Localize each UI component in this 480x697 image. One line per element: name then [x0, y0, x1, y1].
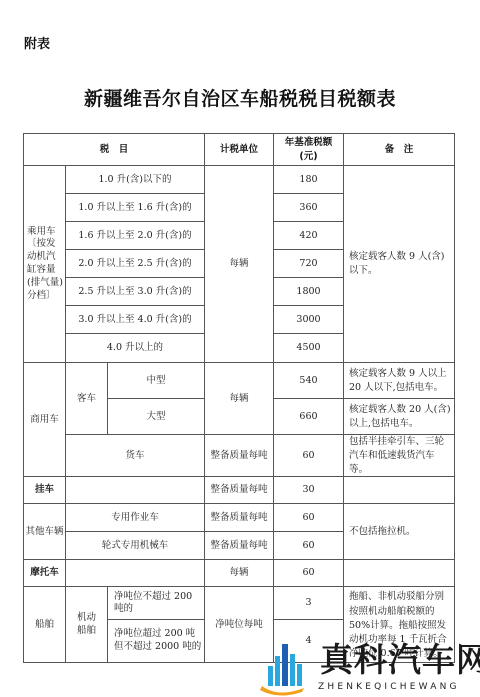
- amount-cell: 60: [274, 532, 344, 560]
- amount-cell: 60: [274, 560, 344, 587]
- tax-rate-table: 税 目 计税单位 年基准税额(元) 备 注 乘用车〔按发动机汽缸容量(排气量)分…: [23, 133, 455, 663]
- note-cell: [344, 477, 455, 504]
- subcategory-motor-ships: 机动船舶: [66, 587, 108, 662]
- amount-cell: 30: [274, 477, 344, 504]
- unit-cell: 每辆: [205, 560, 274, 587]
- category-motorcycle: 摩托车: [24, 560, 66, 587]
- subcategory-bus: 客车: [66, 363, 108, 435]
- note-cell: 核定载客人数 20 人(含)以上,包括电车。: [344, 399, 455, 435]
- page-title: 新疆维吾尔自治区车船税税目税额表: [0, 84, 480, 111]
- category-other: 其他车辆: [24, 504, 66, 560]
- note-cell: [344, 560, 455, 587]
- watermark-name: 真科汽车网: [320, 634, 480, 681]
- table-row: 商用车 客车 中型 每辆 540 核定载客人数 9 人以上 20 人以下,包括电…: [24, 363, 455, 399]
- header-item: 税 目: [24, 134, 205, 166]
- item-cell: 净吨位不超过 200 吨的: [108, 587, 205, 620]
- item-cell: 4.0 升以上的: [66, 334, 205, 363]
- amount-cell: 3: [274, 587, 344, 620]
- amount-cell: 1800: [274, 278, 344, 306]
- table-row: 乘用车〔按发动机汽缸容量(排气量)分档〕 1.0 升(含)以下的 每辆 180 …: [24, 166, 455, 194]
- item-cell: 1.0 升以上至 1.6 升(含)的: [66, 194, 205, 222]
- unit-cell: 每辆: [205, 166, 274, 363]
- header-unit: 计税单位: [205, 134, 274, 166]
- unit-cell: 整备质量每吨: [205, 504, 274, 532]
- table-row: 船舶 机动船舶 净吨位不超过 200 吨的 净吨位每吨 3 拖船、非机动驳船分别…: [24, 587, 455, 620]
- note-cell: 包括半挂牵引车、三轮汽车和低速载货汽车等。: [344, 435, 455, 477]
- item-cell: [66, 560, 205, 587]
- note-cell: 核定载客人数 9 人以上 20 人以下,包括电车。: [344, 363, 455, 399]
- header-amount: 年基准税额(元): [274, 134, 344, 166]
- item-cell: 净吨位超过 200 吨但不超过 2000 吨的: [108, 620, 205, 662]
- amount-cell: 360: [274, 194, 344, 222]
- category-passenger: 乘用车〔按发动机汽缸容量(排气量)分档〕: [24, 166, 66, 363]
- note-cell: 核定载客人数 9 人(含)以下。: [344, 166, 455, 363]
- watermark-logo-icon: [258, 640, 318, 697]
- watermark-pinyin: ZHENKEQICHEWANG: [318, 682, 460, 692]
- table-row: 摩托车 每辆 60: [24, 560, 455, 587]
- amount-cell: 420: [274, 222, 344, 250]
- item-cell: 轮式专用机械车: [66, 532, 205, 560]
- item-cell: 1.6 升以上至 2.0 升(含)的: [66, 222, 205, 250]
- amount-cell: 3000: [274, 306, 344, 334]
- category-commercial: 商用车: [24, 363, 66, 477]
- table-row: 其他车辆 专用作业车 整备质量每吨 60 不包括拖拉机。: [24, 504, 455, 532]
- amount-cell: 60: [274, 504, 344, 532]
- item-cell: 1.0 升(含)以下的: [66, 166, 205, 194]
- note-cell: 不包括拖拉机。: [344, 504, 455, 560]
- table-row: 挂车 整备质量每吨 30: [24, 477, 455, 504]
- header-note: 备 注: [344, 134, 455, 166]
- item-cell: 专用作业车: [66, 504, 205, 532]
- appendix-label: 附表: [24, 33, 50, 52]
- item-cell: 2.5 升以上至 3.0 升(含)的: [66, 278, 205, 306]
- unit-cell: 整备质量每吨: [205, 477, 274, 504]
- item-cell: 3.0 升以上至 4.0 升(含)的: [66, 306, 205, 334]
- unit-cell: 整备质量每吨: [205, 532, 274, 560]
- category-trailer: 挂车: [24, 477, 66, 504]
- item-cell: 2.0 升以上至 2.5 升(含)的: [66, 250, 205, 278]
- item-cell: 大型: [108, 399, 205, 435]
- amount-cell: 720: [274, 250, 344, 278]
- amount-cell: 60: [274, 435, 344, 477]
- amount-cell: 540: [274, 363, 344, 399]
- item-cell: [66, 477, 205, 504]
- site-watermark: 真科汽车网 ZHENKEQICHEWANG: [258, 640, 480, 697]
- unit-cell: 每辆: [205, 363, 274, 435]
- table-row: 货车 整备质量每吨 60 包括半挂牵引车、三轮汽车和低速载货汽车等。: [24, 435, 455, 477]
- table-header-row: 税 目 计税单位 年基准税额(元) 备 注: [24, 134, 455, 166]
- amount-cell: 660: [274, 399, 344, 435]
- amount-cell: 4500: [274, 334, 344, 363]
- item-cell: 货车: [66, 435, 205, 477]
- item-cell: 中型: [108, 363, 205, 399]
- category-ships: 船舶: [24, 587, 66, 662]
- amount-cell: 180: [274, 166, 344, 194]
- unit-cell: 整备质量每吨: [205, 435, 274, 477]
